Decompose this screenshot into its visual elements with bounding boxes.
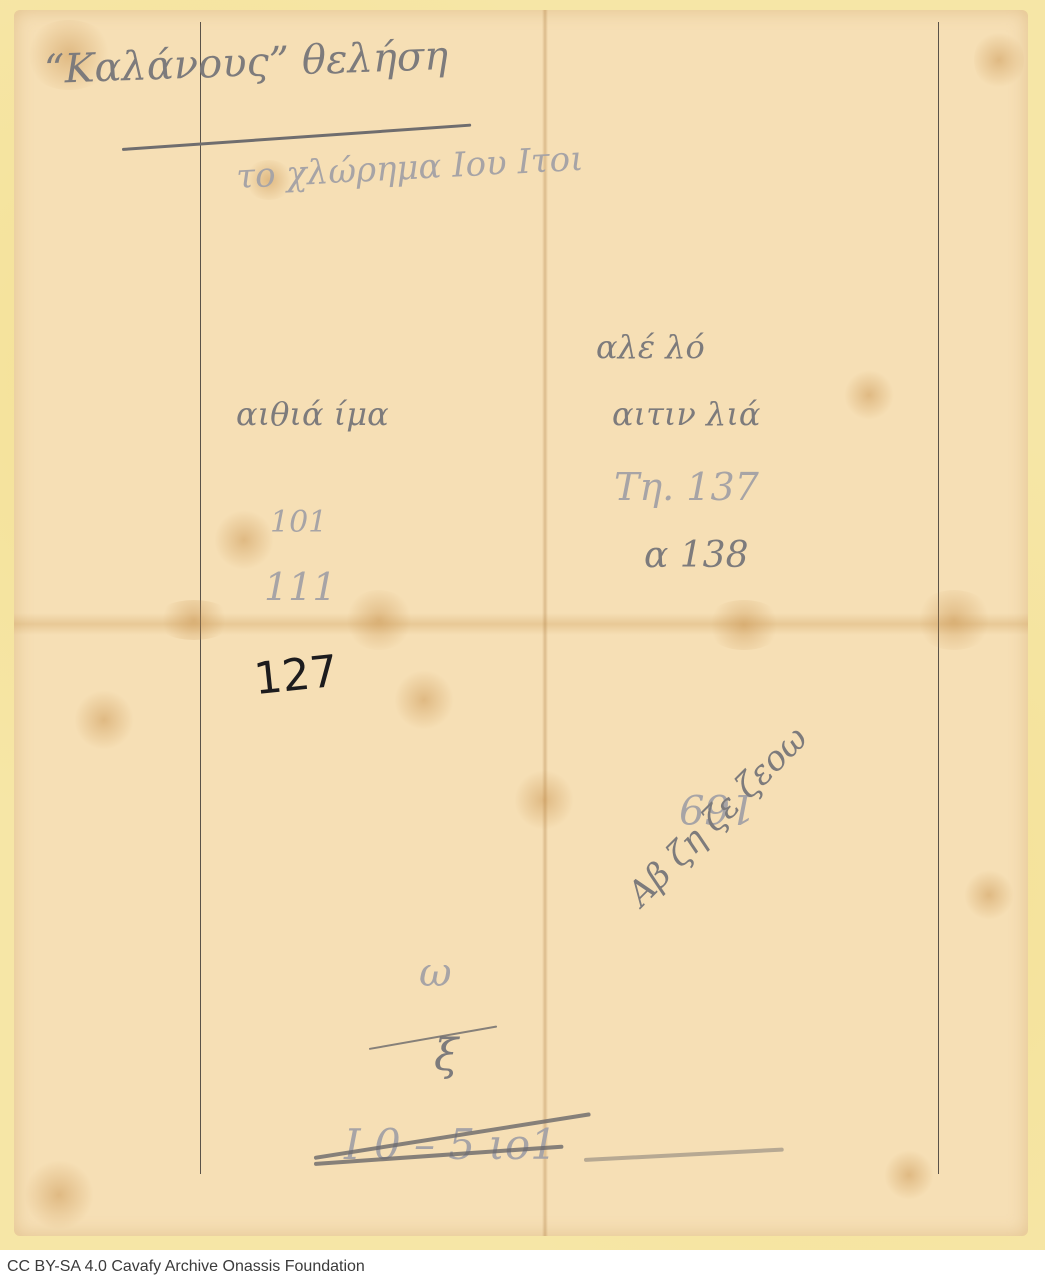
right-column-line-2: αιτιν λιά [612, 395, 760, 433]
vertical-fold-crease [542, 10, 548, 1236]
strikethrough-stroke-3 [584, 1148, 784, 1162]
left-margin-rule [200, 22, 201, 1174]
left-number-3-ink: 127 [252, 646, 341, 705]
rotated-diagonal-note: Αβ ζη ζε ζεοω [620, 718, 816, 914]
foxing-spot [154, 600, 234, 640]
foxing-spot [514, 770, 574, 830]
foxing-spot [344, 590, 414, 650]
right-column-line-4: α 138 [644, 535, 748, 576]
left-number-2: 111 [264, 565, 337, 609]
foxing-spot [74, 690, 134, 750]
foxing-spot [24, 1160, 94, 1230]
manuscript-sheet: “Καλάνους” θελήση το χλώρημα Ιου Ιτοι αι… [14, 10, 1028, 1236]
manuscript-subtitle: το χλώρημα Ιου Ιτοι [235, 139, 584, 197]
bottom-scribble-1: ω [419, 950, 452, 996]
foxing-spot [914, 590, 994, 650]
right-column-line-1: αλέ λό [596, 328, 705, 366]
left-number-1: 101 [270, 505, 327, 540]
license-caption: CC BY-SA 4.0 Cavafy Archive Onassis Foun… [7, 1258, 365, 1276]
foxing-spot [704, 600, 784, 650]
foxing-spot [394, 670, 454, 730]
foxing-spot [844, 370, 894, 420]
left-column-label: αιθιά ίμα [236, 395, 389, 433]
foxing-spot [884, 1150, 934, 1200]
right-column-line-3: Τη. 137 [614, 465, 759, 509]
foxing-spot [964, 870, 1014, 920]
foxing-spot [214, 510, 274, 570]
foxing-spot [974, 30, 1024, 90]
scribble-strikethrough [369, 1025, 497, 1050]
